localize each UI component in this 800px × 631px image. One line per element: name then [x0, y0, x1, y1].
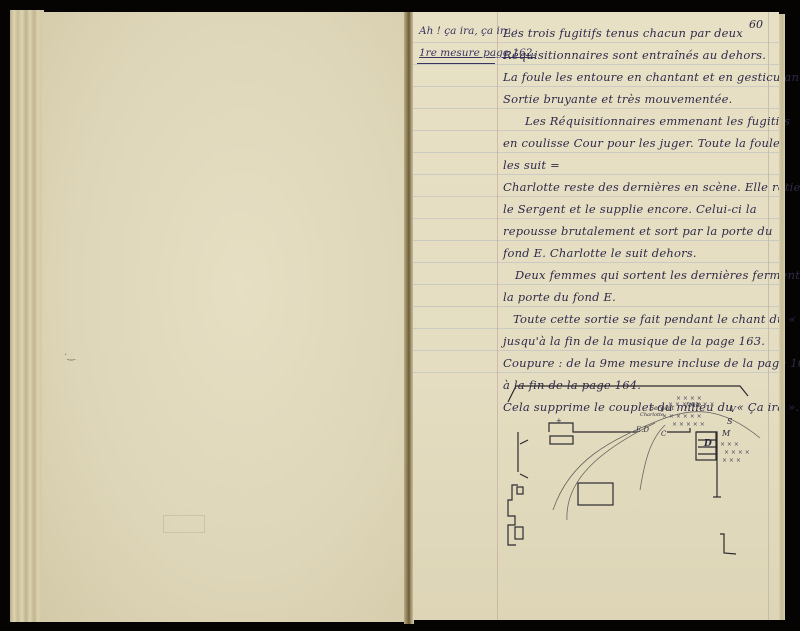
svg-text:+: + [556, 417, 562, 425]
stage-plan-diagram: E.D C D Sergent Charlotte foule V S M + … [0, 0, 800, 631]
svg-text:× × ×: × × × [720, 441, 739, 448]
door-label-ed: E.D [635, 426, 649, 434]
svg-text:× × × × ×: × × × × × [672, 421, 705, 428]
svg-text:C: C [661, 430, 667, 438]
svg-text:S: S [727, 417, 733, 426]
svg-text:M: M [721, 429, 731, 438]
svg-text:× × × ×: × × × × [724, 449, 750, 456]
svg-text:V: V [730, 405, 737, 414]
svg-text:× × × × × × ×: × × × × × × × [668, 401, 715, 408]
svg-text:Charlotte: Charlotte [640, 412, 664, 418]
svg-text:D: D [703, 439, 712, 449]
svg-text:× × × × × ×: × × × × × × [662, 413, 702, 420]
svg-text:× × ×: × × × [722, 457, 741, 464]
scanned-book-spread: ·‿ 60 Ah ! ça ira, ça ira : 1re mesure p… [0, 0, 800, 631]
